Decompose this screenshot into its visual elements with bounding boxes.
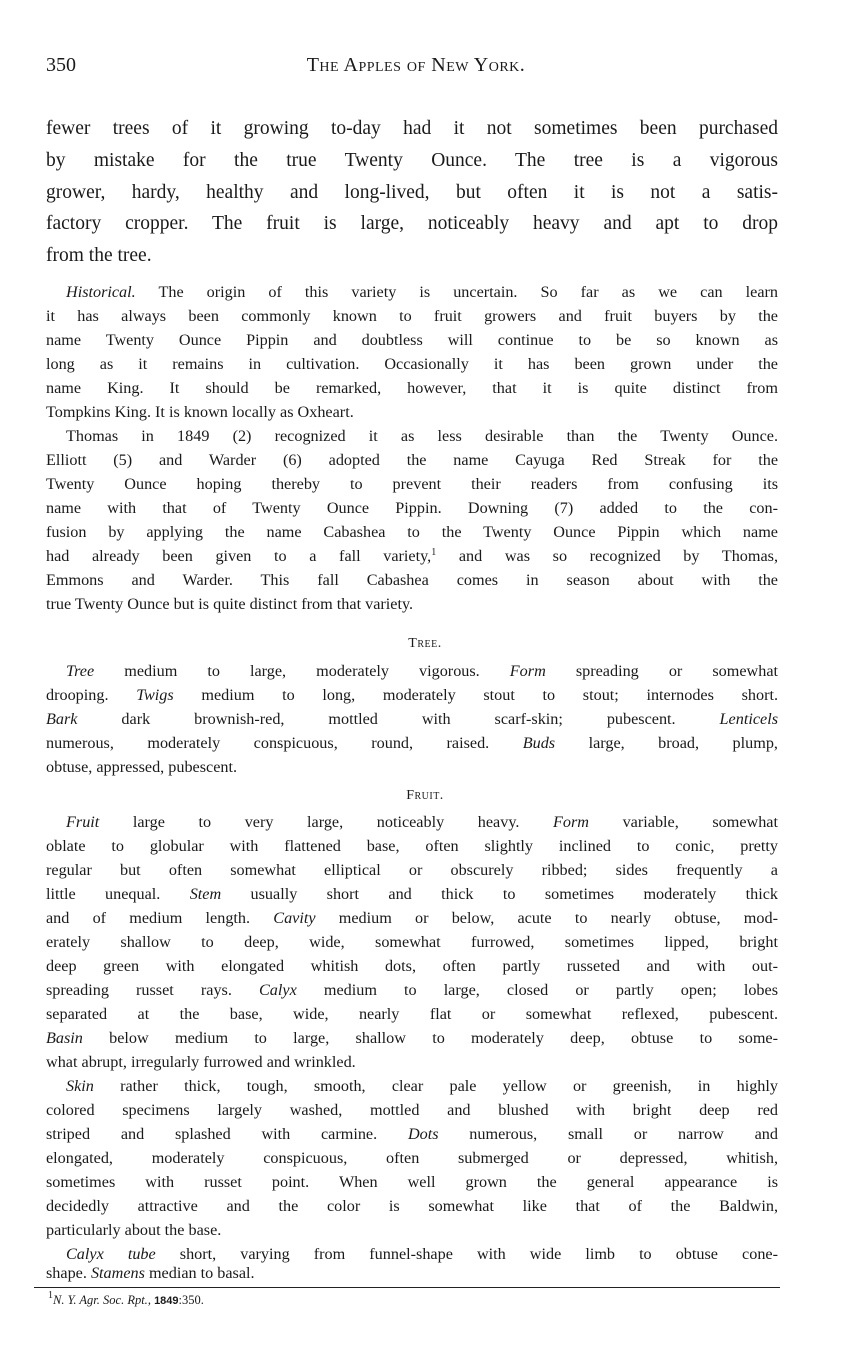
text-line: Tree medium to large, moderately vigorou… <box>66 662 778 681</box>
text-line: Elliott (5) and Warder (6) adopted the n… <box>46 451 778 470</box>
text-line: what abrupt, irregularly furrowed and wr… <box>46 1053 778 1072</box>
text-line: oblate to globular with flattened base, … <box>46 837 778 856</box>
text-line: drooping. Twigs medium to long, moderate… <box>46 686 778 705</box>
text-line: true Twenty Ounce but is quite distinct … <box>46 595 778 614</box>
text-line: separated at the base, wide, nearly flat… <box>46 1005 778 1024</box>
text-line: fusion by applying the name Cabashea to … <box>46 523 778 542</box>
text-line: Bark dark brownish-red, mottled with sca… <box>46 710 778 729</box>
running-title: The Apples of New York. <box>46 54 786 77</box>
text-line: deep green with elongated whitish dots, … <box>46 957 778 976</box>
text-line: numerous, moderately conspicuous, round,… <box>46 734 778 753</box>
text-line: name Twenty Ounce Pippin and doubtless w… <box>46 331 778 350</box>
text-line: Basin below medium to large, shallow to … <box>46 1029 778 1048</box>
text-line: Fruit large to very large, noticeably he… <box>66 813 778 832</box>
section-heading-fruit: Fruit. <box>0 788 850 804</box>
text-line: Twenty Ounce hoping thereby to prevent t… <box>46 475 778 494</box>
text-line: erately shallow to deep, wide, somewhat … <box>46 933 778 952</box>
text-line: shape. Stamens median to basal. <box>46 1264 778 1283</box>
text-line: it has always been commonly known to fru… <box>46 307 778 326</box>
text-line: regular but often somewhat elliptical or… <box>46 861 778 880</box>
text-line: fewer trees of it growing to-day had it … <box>46 118 778 140</box>
text-line: Calyx tube short, varying from funnel-sh… <box>66 1245 778 1264</box>
footnote: 1N. Y. Agr. Soc. Rpt., 1849:350. <box>48 1293 204 1308</box>
footnote-reference[interactable]: 1 <box>431 547 436 558</box>
text-line: Historical. The origin of this variety i… <box>66 283 778 302</box>
footnote-source: N. Y. Agr. Soc. Rpt. <box>53 1293 148 1307</box>
text-line: colored specimens largely washed, mottle… <box>46 1101 778 1120</box>
text-line: long as it remains in cultivation. Occas… <box>46 355 778 374</box>
term-historical: Historical. <box>66 283 136 301</box>
section-heading-tree: Tree. <box>0 636 850 652</box>
text-line: Tompkins King. It is known locally as Ox… <box>46 403 778 422</box>
text-line: sometimes with russet point. When well g… <box>46 1173 778 1192</box>
text-line: obtuse, appressed, pubescent. <box>46 758 778 777</box>
text-line: Emmons and Warder. This fall Cabashea co… <box>46 571 778 590</box>
text-line: had already been given to a fall variety… <box>46 547 778 566</box>
text-line: name with that of Twenty Ounce Pippin. D… <box>46 499 778 518</box>
text-line: Skin rather thick, tough, smooth, clear … <box>66 1077 778 1096</box>
text-line: spreading russet rays. Calyx medium to l… <box>46 981 778 1000</box>
text-line: particularly about the base. <box>46 1221 778 1240</box>
text-line: from the tree. <box>46 245 778 267</box>
text-line: by mistake for the true Twenty Ounce. Th… <box>46 150 778 172</box>
page-header: 350 The Apples of New York. <box>46 54 786 84</box>
book-page: 350 The Apples of New York. fewer trees … <box>0 0 850 1349</box>
text-line: Thomas in 1849 (2) recognized it as less… <box>66 427 778 446</box>
text-line: name King. It should be remarked, howeve… <box>46 379 778 398</box>
text-line: decidedly attractive and the color is so… <box>46 1197 778 1216</box>
text-line: and of medium length. Cavity medium or b… <box>46 909 778 928</box>
footnote-divider <box>34 1287 780 1288</box>
text-line: factory cropper. The fruit is large, not… <box>46 213 778 235</box>
footnote-year: 1849 <box>154 1295 178 1307</box>
text-line: grower, hardy, healthy and long-lived, b… <box>46 182 778 204</box>
text-line: elongated, moderately conspicuous, often… <box>46 1149 778 1168</box>
text-line: striped and splashed with carmine. Dots … <box>46 1125 778 1144</box>
text-line: little unequal. Stem usually short and t… <box>46 885 778 904</box>
